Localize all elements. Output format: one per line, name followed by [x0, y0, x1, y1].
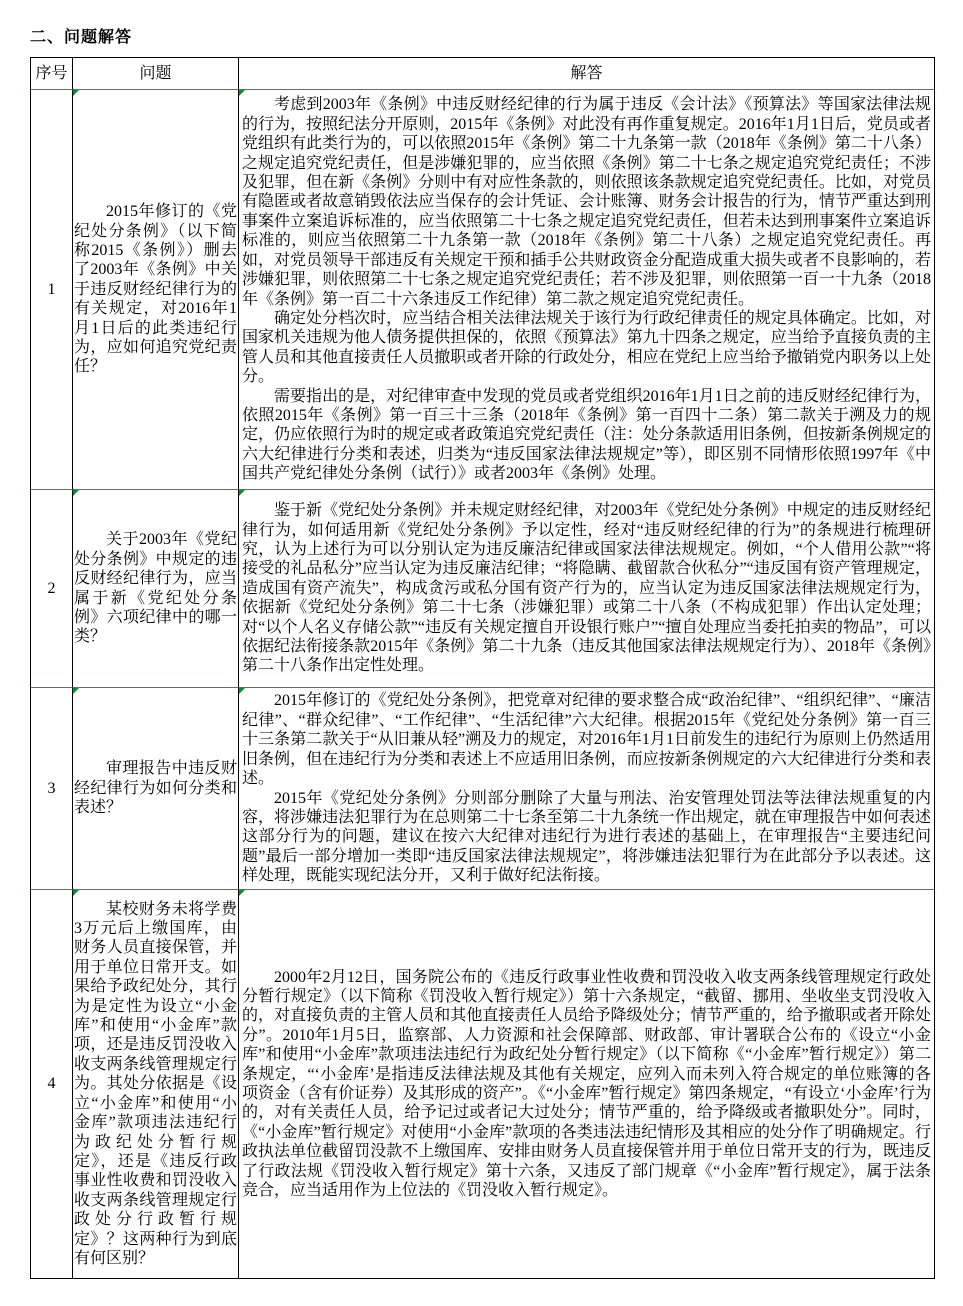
- row-4-answer-cell: 2000年2月12日，国务院公布的《违反行政事业性收费和罚没收入收支两条线管理规…: [239, 889, 934, 1278]
- answer-paragraph: 2015年《党纪处分条例》分则部分删除了大量与刑法、治安管理处罚法等法律法规重复…: [242, 789, 931, 886]
- row-3-answer-cell: 2015年修订的《党纪处分条例》，把党章对纪律的要求整合成“政治纪律”、“组织纪…: [239, 687, 934, 889]
- question-text: 某校财务未将学费3万元后上缴国库，由财务人员直接保管，并用于单位日常开支。如果给…: [74, 900, 237, 1269]
- row-4-question-cell: 某校财务未将学费3万元后上缴国库，由财务人员直接保管，并用于单位日常开支。如果给…: [73, 889, 239, 1278]
- row-2-index-cell: 2: [31, 489, 73, 687]
- answer-paragraph: 2000年2月12日，国务院公布的《违反行政事业性收费和罚没收入收支两条线管理规…: [242, 968, 931, 1201]
- page-title: 二、问题解答: [30, 24, 132, 47]
- row-1-answer-cell: 考虑到2003年《条例》中违反财经纪律的行为属于违反《会计法》《预算法》等国家法…: [239, 89, 934, 489]
- row-2-answer-cell: 鉴于新《党纪处分条例》并未规定财经纪律，对2003年《党纪处分条例》中规定的违反…: [239, 489, 934, 687]
- header-answer: 解答: [239, 58, 934, 89]
- row-index: 2: [48, 579, 56, 598]
- header-question: 问题: [73, 58, 239, 89]
- row-3-question-cell: 审理报告中违反财经纪律行为如何分类和表述？: [73, 687, 239, 889]
- question-text: 2015年修订的《党纪处分条例》（以下简称2015《条例》）删去了2003年《条…: [74, 202, 237, 377]
- row-4-index-cell: 4: [31, 889, 73, 1278]
- header-index-label: 序号: [35, 64, 67, 83]
- header-question-label: 问题: [139, 64, 171, 83]
- answer-paragraph: 确定处分档次时，应当结合相关法律法规关于该行为行政纪律责任的规定具体确定。比如，…: [242, 309, 931, 387]
- row-3-index-cell: 3: [31, 687, 73, 889]
- row-index: 1: [48, 280, 56, 299]
- qa-table: 序号 问题 解答 1 2015年修订的《党纪处分条例》（以下简称2015《条例》…: [30, 57, 935, 1279]
- header-index: 序号: [31, 58, 73, 89]
- row-index: 4: [48, 1074, 56, 1093]
- row-index: 3: [48, 779, 56, 798]
- header-answer-label: 解答: [570, 64, 602, 83]
- answer-paragraph: 需要指出的是，对纪律审查中发现的党员或者党组织2016年1月1日之前的违反财经纪…: [242, 387, 931, 484]
- row-1-index-cell: 1: [31, 89, 73, 489]
- answer-paragraph: 考虑到2003年《条例》中违反财经纪律的行为属于违反《会计法》《预算法》等国家法…: [242, 95, 931, 308]
- answer-paragraph: 2015年修订的《党纪处分条例》，把党章对纪律的要求整合成“政治纪律”、“组织纪…: [242, 691, 931, 788]
- row-2-question-cell: 关于2003年《党纪处分条例》中规定的违反财经纪律行为，应当属于新《党纪处分条例…: [73, 489, 239, 687]
- question-text: 关于2003年《党纪处分条例》中规定的违反财经纪律行为，应当属于新《党纪处分条例…: [74, 530, 237, 646]
- question-text: 审理报告中违反财经纪律行为如何分类和表述？: [74, 759, 237, 817]
- answer-paragraph: 鉴于新《党纪处分条例》并未规定财经纪律，对2003年《党纪处分条例》中规定的违反…: [242, 501, 931, 676]
- row-1-question-cell: 2015年修订的《党纪处分条例》（以下简称2015《条例》）删去了2003年《条…: [73, 89, 239, 489]
